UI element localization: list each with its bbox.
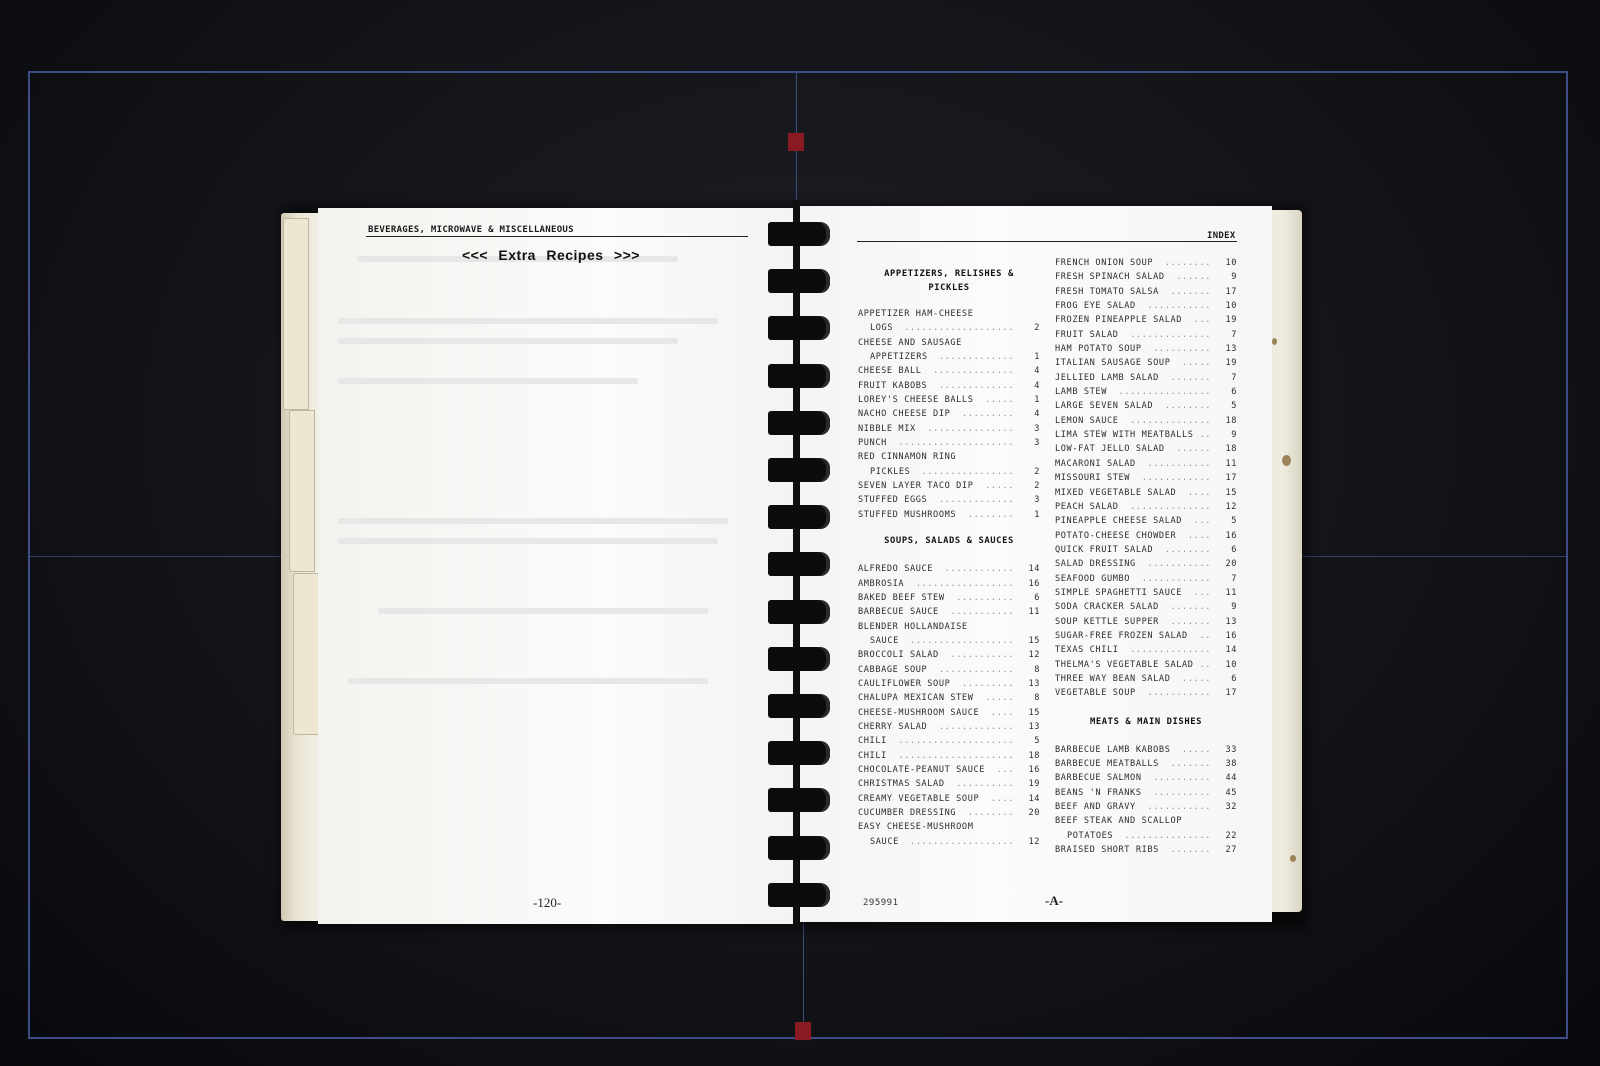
leader-dots: ............ <box>1142 471 1211 485</box>
index-entry: TEXAS CHILI..............14 <box>1055 643 1237 657</box>
index-entry-page: 1 <box>1018 393 1040 407</box>
leader-dots: .. <box>1199 428 1211 442</box>
index-entry-page: 19 <box>1018 777 1040 791</box>
leader-dots: ....... <box>1171 843 1211 857</box>
index-entry-page: 5 <box>1018 734 1040 748</box>
leader-dots: ........... <box>1147 299 1211 313</box>
index-entry-page: 16 <box>1018 577 1040 591</box>
index-entry-name: ITALIAN SAUSAGE SOUP <box>1055 356 1170 370</box>
index-entry: JELLIED LAMB SALAD.......7 <box>1055 371 1237 385</box>
index-entry-name: THELMA'S VEGETABLE SALAD <box>1055 658 1194 672</box>
index-entry: FROZEN PINEAPPLE SALAD...19 <box>1055 313 1237 327</box>
index-entry: FRUIT KABOBS.............4 <box>858 379 1040 393</box>
index-entry: CHILI....................5 <box>858 734 1040 748</box>
leader-dots: .......... <box>1153 771 1211 785</box>
index-entry: CAULIFLOWER SOUP.........13 <box>858 677 1040 691</box>
index-entry-page: 13 <box>1215 615 1237 629</box>
leader-dots: ......... <box>962 407 1014 421</box>
leader-dots: ............. <box>939 350 1014 364</box>
index-entry-name: NIBBLE MIX <box>858 422 916 436</box>
leader-dots: ... <box>1194 586 1211 600</box>
binding-coil <box>768 505 830 529</box>
index-column-1: APPETIZERS, RELISHES & PICKLES APPETIZER… <box>858 267 1040 849</box>
index-entry-name: NACHO CHEESE DIP <box>858 407 950 421</box>
index-entry-name: APPETIZERS <box>870 350 928 364</box>
index-entry-name: PINEAPPLE CHEESE SALAD <box>1055 514 1182 528</box>
leader-dots: ........ <box>1165 399 1211 413</box>
index-entry-page: 4 <box>1018 407 1040 421</box>
index-entry-page: 13 <box>1018 677 1040 691</box>
index-entry-name: MISSOURI STEW <box>1055 471 1130 485</box>
index-entry-page: 9 <box>1215 428 1237 442</box>
index-entry: MACARONI SALAD...........11 <box>1055 457 1237 471</box>
index-entry: LOW-FAT JELLO SALAD......18 <box>1055 442 1237 456</box>
index-entry-name: CHEESE-MUSHROOM SAUCE <box>858 706 979 720</box>
leader-dots: ................... <box>904 321 1014 335</box>
left-page-header: BEVERAGES, MICROWAVE & MISCELLANEOUS <box>368 225 574 235</box>
index-entry-name: RED CINNAMON RING <box>858 450 956 464</box>
index-entry-name: THREE WAY BEAN SALAD <box>1055 672 1170 686</box>
section-heading-soups: SOUPS, SALADS & SAUCES <box>858 534 1040 548</box>
top-red-marker <box>788 133 804 151</box>
stain-spot <box>1272 338 1277 345</box>
index-entry-name: CUCUMBER DRESSING <box>858 806 956 820</box>
index-entry: CHEESE-MUSHROOM SAUCE....15 <box>858 706 1040 720</box>
left-header-rule <box>366 236 748 237</box>
index-entry: LARGE SEVEN SALAD........5 <box>1055 399 1237 413</box>
index-entry-name: ALFREDO SAUCE <box>858 562 933 576</box>
leader-dots: .................... <box>899 734 1014 748</box>
leader-dots: ............. <box>939 379 1014 393</box>
index-entry: BEANS 'N FRANKS..........45 <box>1055 786 1237 800</box>
leader-dots: ....... <box>1171 615 1211 629</box>
index-entry-page: 17 <box>1215 285 1237 299</box>
index-entry-page: 33 <box>1215 743 1237 757</box>
index-entry-name: PICKLES <box>870 465 910 479</box>
leader-dots: ........... <box>950 648 1014 662</box>
index-entry-page: 6 <box>1215 385 1237 399</box>
index-entry-name: LAMB STEW <box>1055 385 1107 399</box>
divider-tab-3 <box>293 573 319 735</box>
section-heading-appetizers: APPETIZERS, RELISHES & PICKLES <box>858 267 1040 295</box>
index-entry-page: 5 <box>1215 514 1237 528</box>
leader-dots: ............ <box>1142 572 1211 586</box>
leader-dots: ........ <box>968 806 1014 820</box>
binding-coil <box>768 694 830 718</box>
index-entry: ALFREDO SAUCE............14 <box>858 562 1040 576</box>
index-entry-name: POTATOES <box>1067 829 1113 843</box>
binding-coil <box>768 788 830 812</box>
index-entry-page: 3 <box>1018 436 1040 450</box>
binding-coil <box>768 458 830 482</box>
index-entry-page: 8 <box>1018 663 1040 677</box>
leader-dots: .... <box>991 706 1014 720</box>
index-entry: BRAISED SHORT RIBS.......27 <box>1055 843 1237 857</box>
index-entry: PUNCH....................3 <box>858 436 1040 450</box>
index-entry-page: 19 <box>1215 313 1237 327</box>
index-entry-name: FROZEN PINEAPPLE SALAD <box>1055 313 1182 327</box>
leader-dots: ............... <box>1124 829 1211 843</box>
index-entry-page: 13 <box>1018 720 1040 734</box>
index-entry-page: 18 <box>1018 749 1040 763</box>
binding-coil <box>768 364 830 388</box>
index-entry-name: SAUCE <box>870 634 899 648</box>
index-entry: CHEESE BALL..............4 <box>858 364 1040 378</box>
index-entry: CUCUMBER DRESSING........20 <box>858 806 1040 820</box>
leader-dots: ....... <box>1171 757 1211 771</box>
leader-dots: ............ <box>945 562 1014 576</box>
index-entry: SEAFOOD GUMBO............7 <box>1055 572 1237 586</box>
index-entry: FRESH TOMATO SALSA.......17 <box>1055 285 1237 299</box>
index-entry-name: BARBECUE MEATBALLS <box>1055 757 1159 771</box>
leader-dots: ..... <box>1182 743 1211 757</box>
index-entry: LOGS...................2 <box>858 321 1040 335</box>
index-entry: QUICK FRUIT SALAD........6 <box>1055 543 1237 557</box>
section-heading-meats: MEATS & MAIN DISHES <box>1055 715 1237 729</box>
bleed-through-text <box>338 518 728 524</box>
index-entry-name: CHEESE AND SAUSAGE <box>858 336 962 350</box>
index-entry-page: 2 <box>1018 321 1040 335</box>
index-entry: NACHO CHEESE DIP.........4 <box>858 407 1040 421</box>
index-entry-name: STUFFED EGGS <box>858 493 927 507</box>
index-entry-name: BARBECUE SAUCE <box>858 605 939 619</box>
binding-coil <box>768 741 830 765</box>
index-entry-name: SALAD DRESSING <box>1055 557 1136 571</box>
index-entry-page: 8 <box>1018 691 1040 705</box>
leader-dots: ........... <box>1147 686 1211 700</box>
index-entry-page: 19 <box>1215 356 1237 370</box>
leader-dots: ................ <box>1119 385 1211 399</box>
bleed-through-text <box>338 318 718 324</box>
binding-coil <box>768 269 830 293</box>
index-entry-page: 38 <box>1215 757 1237 771</box>
section-soups-list: ALFREDO SAUCE............14AMBROSIA.....… <box>858 562 1040 849</box>
bleed-through-text <box>348 678 708 684</box>
index-entry-name: SEVEN LAYER TACO DIP <box>858 479 973 493</box>
index-entry-page: 1 <box>1018 508 1040 522</box>
index-entry: CABBAGE SOUP.............8 <box>858 663 1040 677</box>
index-entry-name: CHRISTMAS SALAD <box>858 777 945 791</box>
index-entry: PINEAPPLE CHEESE SALAD...5 <box>1055 514 1237 528</box>
index-entry-name: EASY CHEESE-MUSHROOM <box>858 820 973 834</box>
stain-spot <box>1290 855 1296 862</box>
index-entry-page: 10 <box>1215 658 1237 672</box>
leader-dots: .......... <box>1153 342 1211 356</box>
leader-dots: ........... <box>1147 457 1211 471</box>
index-entry-page: 1 <box>1018 350 1040 364</box>
index-entry: STUFFED MUSHROOMS........1 <box>858 508 1040 522</box>
index-entry: BAKED BEEF STEW..........6 <box>858 591 1040 605</box>
leader-dots: ............... <box>927 422 1014 436</box>
leader-dots: .................... <box>899 436 1014 450</box>
index-entry-name: LARGE SEVEN SALAD <box>1055 399 1153 413</box>
index-entry: SAUCE..................12 <box>858 835 1040 849</box>
leader-dots: .................. <box>910 634 1014 648</box>
index-entry-name: BARBECUE SALMON <box>1055 771 1142 785</box>
leader-dots: .............. <box>1130 328 1211 342</box>
index-entry-name: SOUP KETTLE SUPPER <box>1055 615 1159 629</box>
index-entry-page: 3 <box>1018 493 1040 507</box>
index-entry: ITALIAN SAUSAGE SOUP.....19 <box>1055 356 1237 370</box>
leader-dots: ..... <box>985 479 1014 493</box>
leader-dots: ...... <box>1176 442 1211 456</box>
index-entry-page: 4 <box>1018 364 1040 378</box>
index-entry-page: 15 <box>1215 486 1237 500</box>
index-entry-name: LOW-FAT JELLO SALAD <box>1055 442 1165 456</box>
index-entry-name: HAM POTATO SOUP <box>1055 342 1142 356</box>
leader-dots: ............. <box>939 663 1014 677</box>
bleed-through-text <box>338 338 678 344</box>
leader-dots: .................... <box>899 749 1014 763</box>
index-entry: BARBECUE MEATBALLS.......38 <box>1055 757 1237 771</box>
index-entry-page: 15 <box>1018 706 1040 720</box>
index-entry: MISSOURI STEW............17 <box>1055 471 1237 485</box>
index-entry-name: MIXED VEGETABLE SALAD <box>1055 486 1176 500</box>
index-entry-page: 14 <box>1018 792 1040 806</box>
index-entry-name: SUGAR-FREE FROZEN SALAD <box>1055 629 1188 643</box>
index-entry-name: LOGS <box>870 321 893 335</box>
index-entry-page: 6 <box>1215 543 1237 557</box>
left-page-number: -120- <box>533 895 561 911</box>
index-entry: BARBECUE SAUCE...........11 <box>858 605 1040 619</box>
leader-dots: ........ <box>1165 256 1211 270</box>
index-entry: FRESH SPINACH SALAD......9 <box>1055 270 1237 284</box>
index-entry: FRENCH ONION SOUP........10 <box>1055 256 1237 270</box>
index-entry-page: 16 <box>1215 529 1237 543</box>
index-entry-name: FRENCH ONION SOUP <box>1055 256 1153 270</box>
binding-coil <box>768 647 830 671</box>
index-entry: LEMON SAUCE..............18 <box>1055 414 1237 428</box>
index-entry-page: 18 <box>1215 414 1237 428</box>
bottom-red-marker <box>795 1022 811 1040</box>
index-entry-name: VEGETABLE SOUP <box>1055 686 1136 700</box>
index-entry-page: 14 <box>1215 643 1237 657</box>
index-entry-page: 11 <box>1215 586 1237 600</box>
section-soups-continued-list: FRENCH ONION SOUP........10FRESH SPINACH… <box>1055 256 1237 701</box>
index-entry: CHOCOLATE-PEANUT SAUCE...16 <box>858 763 1040 777</box>
section-meats-list: BARBECUE LAMB KABOBS.....33BARBECUE MEAT… <box>1055 743 1237 858</box>
leader-dots: ... <box>1194 313 1211 327</box>
index-entry-name: BAKED BEEF STEW <box>858 591 945 605</box>
index-entry: FROG EYE SALAD...........10 <box>1055 299 1237 313</box>
index-entry-page: 9 <box>1215 270 1237 284</box>
index-entry-page: 7 <box>1215 328 1237 342</box>
stain-spot <box>1282 455 1291 466</box>
bleed-through-text <box>338 538 718 544</box>
index-entry-name: LIMA STEW WITH MEATBALLS <box>1055 428 1194 442</box>
index-entry-page: 2 <box>1018 465 1040 479</box>
index-entry-name: LOREY'S CHEESE BALLS <box>858 393 973 407</box>
leader-dots: .......... <box>956 591 1014 605</box>
leader-dots: ... <box>1194 514 1211 528</box>
index-entry-page: 12 <box>1215 500 1237 514</box>
index-entry: SALAD DRESSING...........20 <box>1055 557 1237 571</box>
divider-tab-2 <box>289 410 315 572</box>
index-entry-page: 16 <box>1215 629 1237 643</box>
index-entry: THREE WAY BEAN SALAD.....6 <box>1055 672 1237 686</box>
section-appetizers-list: APPETIZER HAM-CHEESELOGS................… <box>858 307 1040 522</box>
index-entry: BLENDER HOLLANDAISE <box>858 620 1040 634</box>
index-entry-name: FROG EYE SALAD <box>1055 299 1136 313</box>
index-entry-name: BLENDER HOLLANDAISE <box>858 620 968 634</box>
index-entry-name: STUFFED MUSHROOMS <box>858 508 956 522</box>
binding-coil <box>768 411 830 435</box>
index-entry-name: APPETIZER HAM-CHEESE <box>858 307 973 321</box>
leader-dots: ....... <box>1171 371 1211 385</box>
index-entry-page: 18 <box>1215 442 1237 456</box>
horizontal-guide-left <box>30 556 290 557</box>
index-entry-page: 14 <box>1018 562 1040 576</box>
index-entry: FRUIT SALAD..............7 <box>1055 328 1237 342</box>
index-entry-name: BROCCOLI SALAD <box>858 648 939 662</box>
leader-dots: ..... <box>985 691 1014 705</box>
index-entry: BARBECUE LAMB KABOBS.....33 <box>1055 743 1237 757</box>
index-entry: CHRISTMAS SALAD..........19 <box>858 777 1040 791</box>
index-entry-page: 17 <box>1215 471 1237 485</box>
index-entry: MIXED VEGETABLE SALAD....15 <box>1055 486 1237 500</box>
index-entry-page: 7 <box>1215 371 1237 385</box>
index-column-2: FRENCH ONION SOUP........10FRESH SPINACH… <box>1055 256 1237 857</box>
binding-coil <box>768 552 830 576</box>
index-entry: THELMA'S VEGETABLE SALAD..10 <box>1055 658 1237 672</box>
index-entry: POTATO-CHEESE CHOWDER....16 <box>1055 529 1237 543</box>
index-entry-page: 22 <box>1215 829 1237 843</box>
index-entry-name: MACARONI SALAD <box>1055 457 1136 471</box>
divider-tab-1 <box>283 218 309 410</box>
index-entry: CHERRY SALAD.............13 <box>858 720 1040 734</box>
leader-dots: ....... <box>1171 600 1211 614</box>
index-entry-page: 7 <box>1215 572 1237 586</box>
index-entry-page: 11 <box>1215 457 1237 471</box>
index-entry-name: CHILI <box>858 734 887 748</box>
index-entry: SAUCE..................15 <box>858 634 1040 648</box>
bleed-through-text <box>338 378 638 384</box>
index-entry: CHALUPA MEXICAN STEW.....8 <box>858 691 1040 705</box>
binding-coil <box>768 600 830 624</box>
index-entry-page: 10 <box>1215 256 1237 270</box>
leader-dots: .. <box>1199 658 1211 672</box>
index-entry: APPETIZERS.............1 <box>858 350 1040 364</box>
index-entry: BEEF AND GRAVY...........32 <box>1055 800 1237 814</box>
bleed-through-text <box>378 608 708 614</box>
index-entry-name: CHALUPA MEXICAN STEW <box>858 691 973 705</box>
index-entry-page: 5 <box>1215 399 1237 413</box>
leader-dots: ... <box>997 763 1014 777</box>
index-entry-name: BEEF STEAK AND SCALLOP <box>1055 814 1182 828</box>
index-entry-page: 13 <box>1215 342 1237 356</box>
binding-coil <box>768 316 830 340</box>
leader-dots: .............. <box>1130 414 1211 428</box>
index-entry-name: LEMON SAUCE <box>1055 414 1119 428</box>
index-entry-name: TEXAS CHILI <box>1055 643 1119 657</box>
leader-dots: ................ <box>922 465 1014 479</box>
index-entry-page: 44 <box>1215 771 1237 785</box>
index-entry: POTATOES...............22 <box>1055 829 1237 843</box>
index-entry-page: 2 <box>1018 479 1040 493</box>
leader-dots: ..... <box>1182 672 1211 686</box>
leader-dots: ........... <box>1147 800 1211 814</box>
index-entry-page: 16 <box>1018 763 1040 777</box>
index-entry-page: 20 <box>1018 806 1040 820</box>
index-entry-name: BEEF AND GRAVY <box>1055 800 1136 814</box>
index-entry-page: 3 <box>1018 422 1040 436</box>
index-entry: SUGAR-FREE FROZEN SALAD..16 <box>1055 629 1237 643</box>
leader-dots: ........ <box>968 508 1014 522</box>
horizontal-guide-right <box>1300 556 1566 557</box>
index-entry: CHILI....................18 <box>858 749 1040 763</box>
index-entry: SODA CRACKER SALAD.......9 <box>1055 600 1237 614</box>
index-entry: LAMB STEW................6 <box>1055 385 1237 399</box>
index-entry-page: 9 <box>1215 600 1237 614</box>
index-entry-page: 32 <box>1215 800 1237 814</box>
index-entry: SIMPLE SPAGHETTI SAUCE...11 <box>1055 586 1237 600</box>
index-entry: CHEESE AND SAUSAGE <box>858 336 1040 350</box>
index-entry-name: SAUCE <box>870 835 899 849</box>
index-entry-name: CHEESE BALL <box>858 364 922 378</box>
index-entry-name: SIMPLE SPAGHETTI SAUCE <box>1055 586 1182 600</box>
leader-dots: ...... <box>1176 270 1211 284</box>
index-entry: RED CINNAMON RING <box>858 450 1040 464</box>
index-entry: STUFFED EGGS.............3 <box>858 493 1040 507</box>
extra-recipes-title: <<< Extra Recipes >>> <box>462 247 640 263</box>
leader-dots: ..... <box>1182 356 1211 370</box>
index-entry-page: 45 <box>1215 786 1237 800</box>
index-entry-name: SEAFOOD GUMBO <box>1055 572 1130 586</box>
index-entry: PEACH SALAD..............12 <box>1055 500 1237 514</box>
leader-dots: .................. <box>910 835 1014 849</box>
leader-dots: .......... <box>956 777 1014 791</box>
index-entry-name: CABBAGE SOUP <box>858 663 927 677</box>
index-entry: BEEF STEAK AND SCALLOP <box>1055 814 1237 828</box>
index-entry-page: 6 <box>1215 672 1237 686</box>
leader-dots: .......... <box>1153 786 1211 800</box>
index-entry-name: CHERRY SALAD <box>858 720 927 734</box>
index-entry-name: POTATO-CHEESE CHOWDER <box>1055 529 1176 543</box>
leader-dots: ................. <box>916 577 1014 591</box>
index-entry: SOUP KETTLE SUPPER.......13 <box>1055 615 1237 629</box>
index-entry-name: FRUIT SALAD <box>1055 328 1119 342</box>
index-entry-page: 27 <box>1215 843 1237 857</box>
index-entry: NIBBLE MIX...............3 <box>858 422 1040 436</box>
index-entry: AMBROSIA.................16 <box>858 577 1040 591</box>
index-entry: VEGETABLE SOUP...........17 <box>1055 686 1237 700</box>
index-entry-name: BEANS 'N FRANKS <box>1055 786 1142 800</box>
index-entry-page: 17 <box>1215 686 1237 700</box>
leader-dots: ............. <box>939 720 1014 734</box>
leader-dots: .. <box>1199 629 1211 643</box>
index-entry-name: CAULIFLOWER SOUP <box>858 677 950 691</box>
index-entry-name: CREAMY VEGETABLE SOUP <box>858 792 979 806</box>
binding-coil <box>768 883 830 907</box>
index-entry-name: FRUIT KABOBS <box>858 379 927 393</box>
index-entry: EASY CHEESE-MUSHROOM <box>858 820 1040 834</box>
leader-dots: .............. <box>1130 500 1211 514</box>
index-entry-page: 4 <box>1018 379 1040 393</box>
index-entry-page: 10 <box>1215 299 1237 313</box>
index-entry-name: FRESH TOMATO SALSA <box>1055 285 1159 299</box>
binding-coil <box>768 836 830 860</box>
index-entry: PICKLES................2 <box>858 465 1040 479</box>
index-entry-name: BRAISED SHORT RIBS <box>1055 843 1159 857</box>
index-entry-name: BARBECUE LAMB KABOBS <box>1055 743 1170 757</box>
leader-dots: ......... <box>962 677 1014 691</box>
index-entry-page: 20 <box>1215 557 1237 571</box>
leader-dots: .... <box>1188 529 1211 543</box>
index-entry: SEVEN LAYER TACO DIP.....2 <box>858 479 1040 493</box>
leader-dots: .... <box>991 792 1014 806</box>
index-entry: LIMA STEW WITH MEATBALLS..9 <box>1055 428 1237 442</box>
index-entry-name: QUICK FRUIT SALAD <box>1055 543 1153 557</box>
